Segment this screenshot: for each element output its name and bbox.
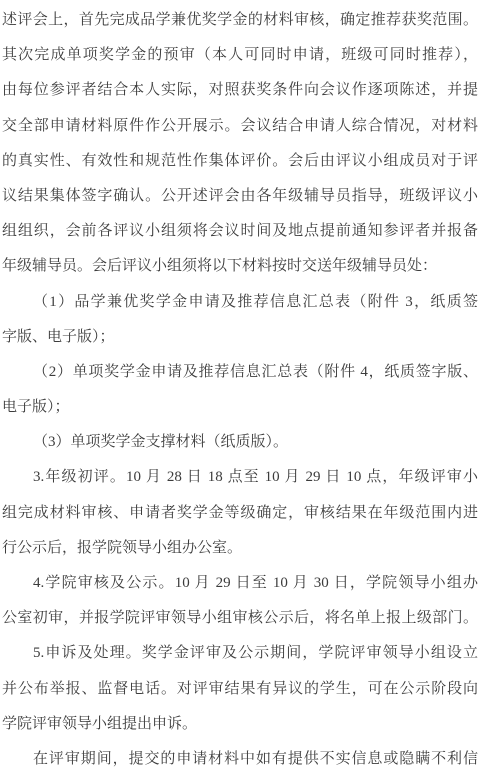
document-line: 由每位参评者结合本人实际，对照获奖条件向会议作逐项陈述，并提	[2, 73, 478, 108]
document-line: （2）单项奖学金申请及推荐信息汇总表（附件 4，纸质签字版、	[2, 355, 478, 390]
document-line: 交全部申请材料原件作公开展示。会议结合申请人综合情况，对材料	[2, 109, 478, 144]
document-line: 组组织，会前各评议小组须将会议时间及地点提前通知参评者并报备	[2, 214, 478, 249]
document-line: 并公布举报、监督电话。对评审结果有异议的学生，可在公示阶段向	[2, 672, 478, 707]
document-line: 公室初审，并报学院评审领导小组审核公示后，将名单上报上级部门。	[2, 601, 478, 636]
document-line: （3）单项奖学金支撑材料（纸质版）。	[2, 425, 478, 460]
document-line: 字版、电子版）；	[2, 320, 478, 355]
document-body: 述评会上，首先完成品学兼优奖学金的材料审核，确定推荐获奖范围。其次完成单项奖学金…	[0, 0, 481, 776]
document-line: 的真实性、有效性和规范性作集体评价。会后由评议小组成员对于评	[2, 144, 478, 179]
document-line: 述评会上，首先完成品学兼优奖学金的材料审核，确定推荐获奖范围。	[2, 3, 478, 38]
document-line: 其次完成单项奖学金的预审（本人可同时申请，班级可同时推荐），	[2, 38, 478, 73]
document-line: 议结果集体签字确认。公开述评会由各年级辅导员指导，班级评议小	[2, 179, 478, 214]
document-line: 5.申诉及处理。奖学金评审及公示期间，学院评审领导小组设立	[2, 636, 478, 671]
document-line: 年级辅导员。会后评议小组须将以下材料按时交送年级辅导员处：	[2, 249, 478, 284]
document-line: 组完成材料审核、申请者奖学金等级确定，审核结果在年级范围内进	[2, 496, 478, 531]
document-line: 电子版）；	[2, 390, 478, 425]
document-line: 3.年级初评。10 月 28 日 18 点至 10 月 29 日 10 点，年级…	[2, 460, 478, 495]
document-line: 学院评审领导小组提出申诉。	[2, 707, 478, 742]
document-line: 行公示后，报学院领导小组办公室。	[2, 531, 478, 566]
document-line: 4.学院审核及公示。10 月 29 日至 10 月 30 日，学院领导小组办	[2, 566, 478, 601]
document-line: 在评审期间，提交的申请材料中如有提供不实信息或隐瞒不利信	[2, 742, 478, 776]
document-line: （1）品学兼优奖学金申请及推荐信息汇总表（附件 3，纸质签	[2, 285, 478, 320]
